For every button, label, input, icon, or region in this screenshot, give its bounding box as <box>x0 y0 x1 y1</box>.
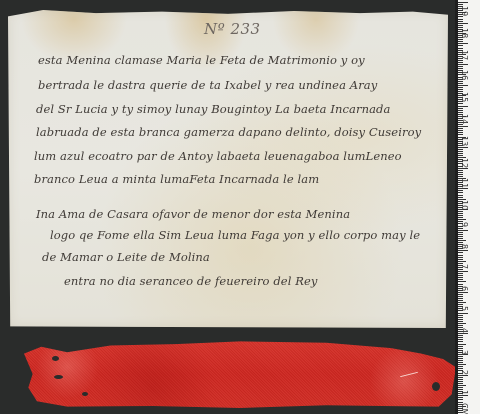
ruler-tick <box>458 348 463 349</box>
ruler-label: 8 <box>460 244 469 249</box>
ruler-tick <box>458 232 463 233</box>
ruler-label: 5 <box>460 306 469 311</box>
ruler-tick <box>458 238 463 239</box>
manuscript-page: Nº 233 esta Menina clamase Maria le Feta… <box>8 10 448 328</box>
ruler-tick <box>458 360 463 361</box>
ruler-tick <box>458 110 463 111</box>
ruler-label: 10 <box>460 200 469 210</box>
ruler-tick <box>458 21 463 22</box>
ruler-tick <box>458 132 463 133</box>
ruler-tick <box>458 279 463 280</box>
ruler-tick <box>458 45 463 46</box>
ruler-tick <box>458 377 463 378</box>
ruler-tick <box>458 87 463 88</box>
ruler-tick <box>458 85 468 86</box>
ruler-tick <box>458 153 463 154</box>
ruler-tick <box>458 273 463 274</box>
ruler-tick <box>458 319 463 320</box>
ruler-tick <box>458 211 463 212</box>
ruler-tick <box>458 124 463 125</box>
ruler-label: 3 <box>460 350 469 355</box>
ruler-tick <box>458 325 463 326</box>
ruler-tick <box>458 250 468 251</box>
ruler-tick <box>458 341 463 342</box>
ruler-tick <box>458 25 463 26</box>
ruler-tick <box>458 300 463 301</box>
ruler-tick <box>458 284 463 285</box>
ruler-tick <box>458 321 463 322</box>
ruler-tick <box>458 236 463 237</box>
ruler-tick <box>458 313 468 314</box>
ruler-tick <box>458 387 463 388</box>
ruler-tick <box>458 277 463 278</box>
ruler-tick <box>458 43 468 44</box>
red-fabric-ribbon <box>24 340 456 408</box>
ruler-tick <box>458 155 463 156</box>
ruler-tick <box>458 344 466 345</box>
ruler-tick <box>458 172 463 173</box>
ruler-tick <box>458 315 463 316</box>
ruler-tick <box>458 333 468 334</box>
ruler-tick <box>458 188 468 189</box>
ruler-tick <box>458 151 463 152</box>
manuscript-line: bertrada le dastra querie de ta Ixabel y… <box>38 78 377 92</box>
ruler-tick <box>458 103 463 104</box>
ruler-tick <box>458 66 463 67</box>
ruler-tick <box>458 379 463 380</box>
ruler-tick <box>458 128 463 129</box>
ruler-tick <box>458 176 463 177</box>
ruler-tick <box>458 234 463 235</box>
ruler-tick <box>458 281 466 282</box>
ruler-label: 18 <box>460 28 469 38</box>
ruler-label: 12 <box>460 158 469 168</box>
ruler-tick <box>458 215 463 216</box>
ruler-tick <box>458 346 463 347</box>
ruler-tick <box>458 364 466 365</box>
ruler-tick <box>458 192 463 193</box>
ruler-tick <box>458 108 463 109</box>
ruler-label: 7 <box>460 264 469 269</box>
ruler-tick <box>458 230 468 231</box>
manuscript-line: de Mamar o Leite de Molina <box>42 250 210 264</box>
ruler-tick <box>458 296 463 297</box>
ruler-tick <box>458 23 468 24</box>
manuscript-line: branco Leua a minta lumaFeta Incarnada l… <box>34 172 319 186</box>
ruler-label: 2 <box>460 370 469 375</box>
ruler-tick <box>458 195 463 196</box>
ruler-tick <box>458 385 466 386</box>
manuscript-line: logo qe Fome ella Sim Leua luma Faga yon… <box>50 228 420 242</box>
manuscript-line: labruada de esta branca gamerza dapano d… <box>36 125 421 139</box>
ruler-tick <box>458 275 463 276</box>
ruler-tick <box>458 366 463 367</box>
ruler-tick <box>458 298 463 299</box>
ruler-label: 1 <box>460 390 469 395</box>
ruler-tick <box>458 271 468 272</box>
ruler-tick <box>458 397 463 398</box>
ruler-tick <box>458 4 463 5</box>
manuscript-line: del Sr Lucia y ty simoy lunay Bougintoy … <box>36 102 390 116</box>
ruler-tick <box>458 383 463 384</box>
ruler-tick <box>458 395 468 396</box>
ruler-tick <box>458 257 463 258</box>
ruler-tick <box>458 213 463 214</box>
measurement-ruler: 19 18 17 16 15 14 13 12 11 10 9 8 7 6 5 … <box>455 0 480 414</box>
ruler-tick <box>458 39 463 40</box>
ruler-tick <box>458 259 463 260</box>
ruler-tick <box>458 358 463 359</box>
ruler-tick <box>458 2 468 3</box>
ruler-label: 14 <box>460 114 469 124</box>
ruler-tick <box>458 323 466 324</box>
ruler-tick <box>458 83 463 84</box>
ruler-tick <box>458 269 463 270</box>
ruler-tick <box>458 302 466 303</box>
manuscript-line: lum azul ecoatro par de Antoy labaeta le… <box>34 149 402 163</box>
ruler-tick <box>458 252 463 253</box>
ruler-tick <box>458 317 463 318</box>
ruler-label: 17 <box>460 50 469 60</box>
ruler-tick <box>458 81 463 82</box>
ruler-tick <box>458 219 466 220</box>
ruler-label: 16 <box>460 70 469 80</box>
ruler-tick <box>458 147 468 148</box>
ruler-tick <box>458 228 463 229</box>
ruler-tick <box>458 89 463 90</box>
ruler-tick <box>458 62 463 63</box>
ruler-tick <box>458 356 463 357</box>
ruler-tick <box>458 126 468 127</box>
ruler-tick <box>458 170 463 171</box>
ruler-label: 9 <box>460 222 469 227</box>
ruler-label: 11 <box>460 178 469 188</box>
ruler-tick <box>458 362 463 363</box>
ruler-tick <box>458 16 463 17</box>
ruler-tick <box>458 217 463 218</box>
ruler-tick <box>458 48 463 49</box>
ruler-tick <box>458 337 463 338</box>
ruler-tick <box>458 106 468 107</box>
ruler-label: 13 <box>460 136 469 146</box>
ruler-tick <box>458 242 463 243</box>
ruler-tick <box>458 19 463 20</box>
ribbon-hole <box>52 356 59 361</box>
manuscript-line: Ina Ama de Casara ofavor de menor dor es… <box>36 207 350 221</box>
ruler-tick <box>458 335 463 336</box>
ruler-label: 4 <box>460 328 469 333</box>
ruler-tick <box>458 381 463 382</box>
ruler-label: 15 <box>460 92 469 102</box>
ribbon-hole <box>432 382 440 391</box>
ruler-tick <box>458 149 463 150</box>
ruler-tick <box>458 41 463 42</box>
ruler-tick <box>458 292 468 293</box>
manuscript-line: esta Menina clamase Maria le Feta de Mat… <box>38 53 365 67</box>
ruler-tick <box>458 294 463 295</box>
ribbon-hole <box>82 392 88 396</box>
ruler-tick <box>458 130 463 131</box>
folio-number: Nº 233 <box>204 20 261 38</box>
ruler-tick <box>458 112 463 113</box>
ruler-tick <box>458 261 466 262</box>
ruler-tick <box>458 197 463 198</box>
ruler-tick <box>458 399 463 400</box>
ruler-label: CM <box>460 403 469 414</box>
ribbon-hole <box>54 375 63 379</box>
ruler-tick <box>458 255 463 256</box>
ruler-label: 6 <box>460 286 469 291</box>
ruler-tick <box>458 64 468 65</box>
ruler-tick <box>458 174 463 175</box>
ruler-tick <box>458 240 466 241</box>
manuscript-line: entra no dia seranceo de feuereiro del R… <box>64 274 318 288</box>
ruler-label: 19 <box>460 6 469 16</box>
ruler-tick <box>458 190 463 191</box>
manuscript-scan: Nº 233 esta Menina clamase Maria le Feta… <box>0 0 480 414</box>
ruler-tick <box>458 339 463 340</box>
ribbon-thread <box>400 372 418 377</box>
